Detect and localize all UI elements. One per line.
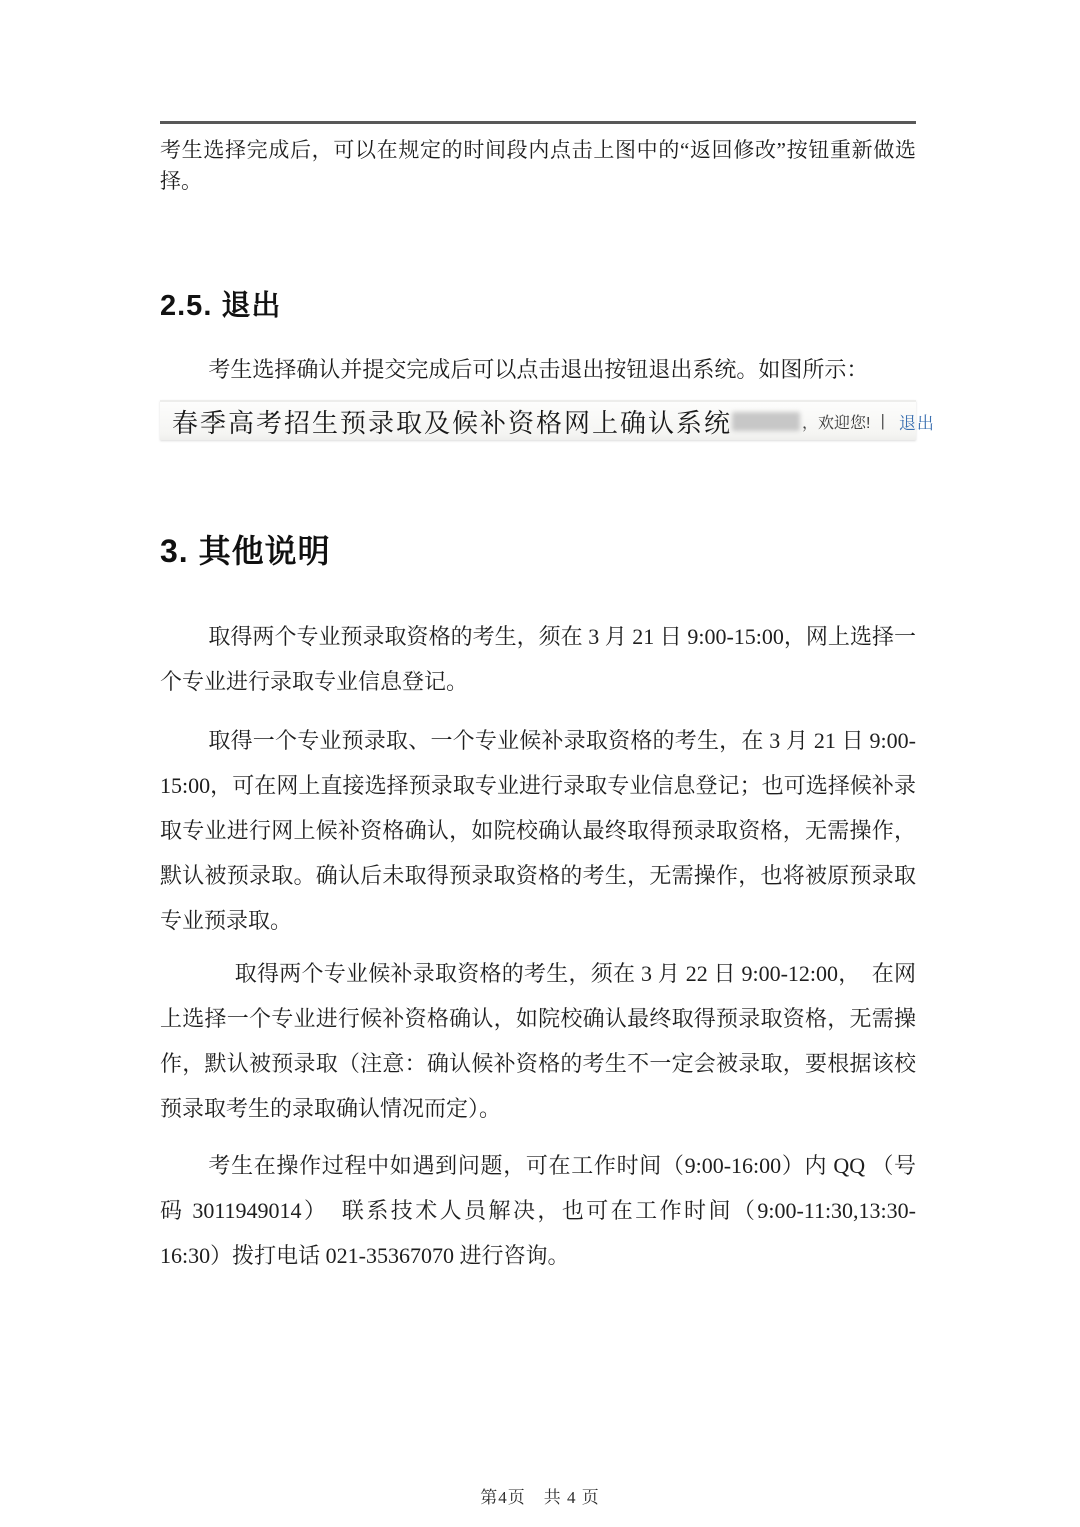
top-rule	[160, 121, 916, 124]
system-title: 春季高考招生预录取及候补资格网上确认系统	[172, 403, 732, 440]
logout-link[interactable]: 退出	[899, 409, 935, 434]
blurred-username	[732, 412, 800, 431]
document-page: 考生选择完成后，可以在规定的时间段内点击上图中的“返回修改”按钮重新做选择。 2…	[160, 0, 916, 1278]
other-notes-paragraph-2: 取得一个专业预录取、一个专业候补录取资格的考生，在 3 月 21 日 9:00-…	[160, 718, 916, 943]
other-notes-paragraph-3: 取得两个专业候补录取资格的考生，须在 3 月 22 日 9:00-12:00， …	[160, 951, 916, 1131]
other-notes-paragraph-4: 考生在操作过程中如遇到问题，可在工作时间（9:00-16:00）内 QQ （号码…	[160, 1143, 916, 1278]
intro-text: 考生选择完成后，可以在规定的时间段内点击上图中的“返回修改”按钮重新做选择。	[160, 135, 916, 197]
other-notes-paragraph-1: 取得两个专业预录取资格的考生，须在 3 月 21 日 9:00-15:00，网上…	[160, 614, 916, 704]
system-bar-right: ，欢迎您! | 退出	[732, 409, 935, 434]
welcome-text: ，欢迎您!	[802, 410, 870, 433]
section-2-5-heading: 2.5. 退出	[160, 283, 916, 324]
system-header-screenshot: 春季高考招生预录取及候补资格网上确认系统 ，欢迎您! | 退出	[160, 400, 916, 440]
separator: |	[880, 411, 884, 431]
page-footer: 第4页 共 4 页	[0, 1483, 1080, 1508]
exit-instruction-text: 考生选择确认并提交完成后可以点击退出按钮退出系统。如图所示：	[160, 354, 916, 386]
section-3-heading: 3. 其他说明	[160, 526, 916, 572]
